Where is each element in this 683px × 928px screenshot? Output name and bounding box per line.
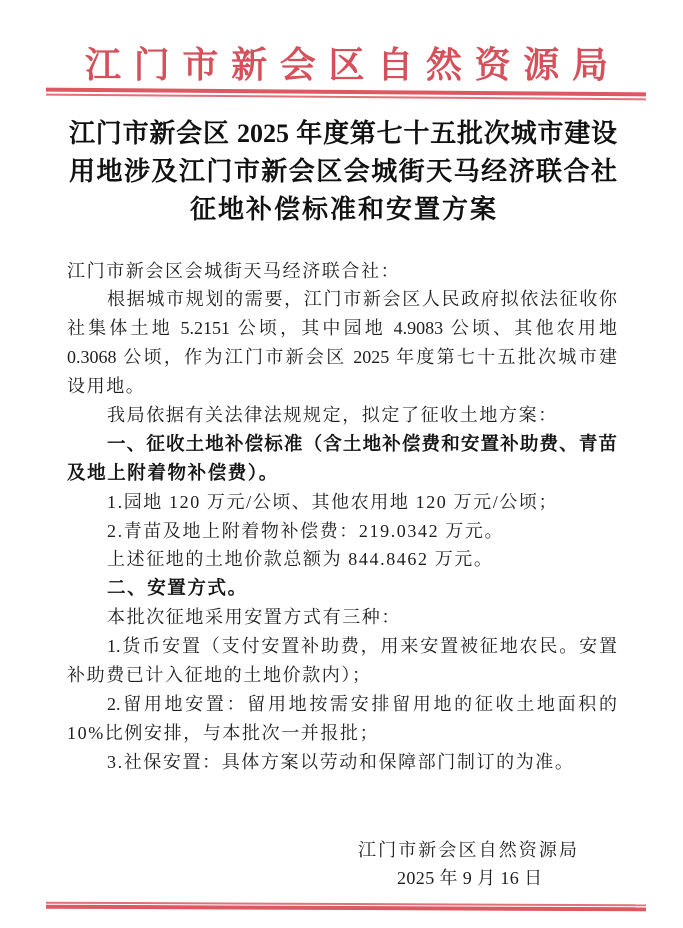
masthead-org-name: 江门市新会区自然资源局 (85, 46, 621, 84)
section-heading-line: 及地上附着物补偿费）。 (67, 459, 617, 488)
list-item-monetary-resettlement: 1.货币安置（支付安置补助费，用来安置被征地农民。安置 补助费已计入征地的土地价… (67, 632, 617, 690)
paragraph-line: 1.园地 120 万元/公顷、其他农用地 120 万元/公顷； (67, 488, 617, 517)
paragraph-plan-intro: 我局依据有关法律法规规定，拟定了征收土地方案： (67, 401, 617, 430)
paragraph-line: 根据城市规划的需要，江门市新会区人民政府拟依法征收你 (67, 285, 617, 314)
section-heading-compensation: 一、征收土地补偿标准（含土地补偿费和安置补助费、青苗 及地上附着物补偿费）。 (67, 430, 617, 488)
signature-date: 2025 年 9 月 16 日 (397, 864, 543, 892)
list-item-social-security-resettlement: 3.社保安置：具体方案以劳动和保障部门制订的为准。 (67, 748, 617, 777)
list-item-crops-compensation: 2.青苗及地上附着物补偿费：219.0342 万元。 (67, 517, 617, 546)
paragraph-line: 社集体土地 5.2151 公顷，其中园地 4.9083 公顷、其他农用地 (67, 314, 617, 343)
masthead-red-rule (46, 88, 646, 100)
section-heading-resettlement: 二、安置方式。 (67, 574, 617, 603)
list-item-land-rate: 1.园地 120 万元/公顷、其他农用地 120 万元/公顷； (67, 488, 617, 517)
paragraph-line: 我局依据有关法律法规规定，拟定了征收土地方案： (67, 401, 617, 430)
list-item-reserved-land-resettlement: 2.留用地安置：留用地按需安排留用地的征收土地面积的 10%比例安排，与本批次一… (67, 690, 617, 748)
paragraph-land-requisition: 根据城市规划的需要，江门市新会区人民政府拟依法征收你 社集体土地 5.2151 … (67, 285, 617, 401)
paragraph-line: 补助费已计入征地的土地价款内）； (67, 661, 617, 690)
paragraph-line: 本批次征地采用安置方式有三种： (67, 603, 617, 632)
signature-org: 江门市新会区自然资源局 (358, 836, 579, 864)
section-heading-line: 二、安置方式。 (67, 574, 617, 603)
title-line: 用地涉及江门市新会区会城街天马经济联合社 (69, 153, 617, 191)
paragraph-line: 2.青苗及地上附着物补偿费：219.0342 万元。 (67, 517, 617, 546)
salutation: 江门市新会区会城街天马经济联合社： (67, 257, 617, 286)
paragraph-line: 3.社保安置：具体方案以劳动和保障部门制订的为准。 (67, 748, 617, 777)
title-line: 征地补偿标准和安置方案 (69, 191, 617, 229)
paragraph-line: 0.3068 公顷，作为江门市新会区 2025 年度第七十五批次城市建 (67, 343, 617, 372)
paragraph-resettlement-intro: 本批次征地采用安置方式有三种： (67, 603, 617, 632)
paragraph-line: 1.货币安置（支付安置补助费，用来安置被征地农民。安置 (67, 632, 617, 661)
document-page: 江门市新会区自然资源局 江门市新会区 2025 年度第七十五批次城市建设 用地涉… (0, 0, 683, 928)
document-body: 江门市新会区会城街天马经济联合社： 根据城市规划的需要，江门市新会区人民政府拟依… (67, 257, 617, 777)
title-line: 江门市新会区 2025 年度第七十五批次城市建设 (69, 115, 617, 153)
paragraph-total-price: 上述征地的土地价款总额为 844.8462 万元。 (67, 545, 617, 574)
paragraph-line: 2.留用地安置：留用地按需安排留用地的征收土地面积的 (67, 690, 617, 719)
document-title: 江门市新会区 2025 年度第七十五批次城市建设 用地涉及江门市新会区会城街天马… (69, 115, 617, 229)
paragraph-line: 上述征地的土地价款总额为 844.8462 万元。 (67, 545, 617, 574)
section-heading-line: 一、征收土地补偿标准（含土地补偿费和安置补助费、青苗 (67, 430, 617, 459)
paragraph-line: 10%比例安排，与本批次一并报批； (67, 719, 617, 748)
rule-thick-line (46, 905, 646, 912)
footer-red-rule (46, 902, 646, 912)
paragraph-line: 设用地。 (67, 372, 617, 401)
